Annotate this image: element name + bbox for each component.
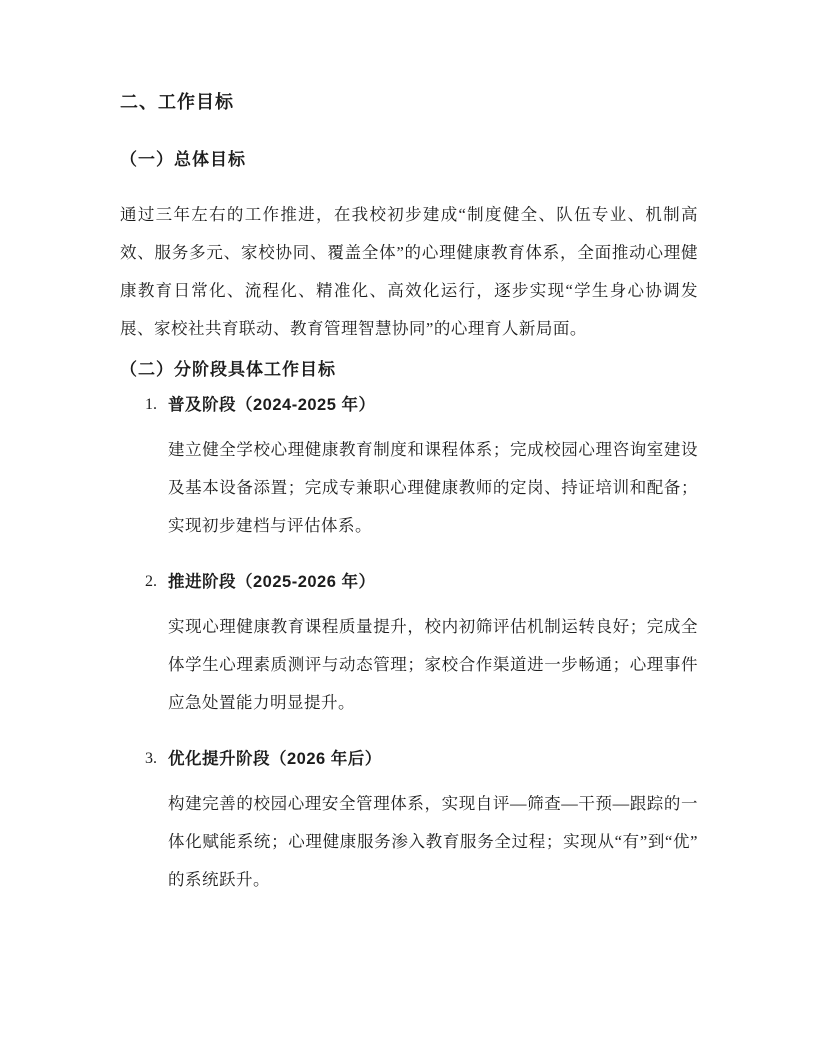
document-page: 二、工作目标 （一）总体目标 通过三年左右的工作推进，在我校初步建成“制度健全、…: [0, 0, 816, 1056]
stage-item-1: 1. 普及阶段（2024-2025 年） 建立健全学校心理健康教育制度和课程体系…: [120, 392, 698, 545]
stage-list: 1. 普及阶段（2024-2025 年） 建立健全学校心理健康教育制度和课程体系…: [120, 392, 698, 899]
heading-staged-goals: （二）分阶段具体工作目标: [120, 358, 698, 382]
stage-number: 3.: [145, 746, 157, 772]
overall-goal-paragraph: 通过三年左右的工作推进，在我校初步建成“制度健全、队伍专业、机制高效、服务多元、…: [120, 196, 698, 348]
stage-body: 构建完善的校园心理安全管理体系，实现自评—筛查—干预—跟踪的一体化赋能系统；心理…: [168, 785, 698, 899]
stage-title-advancement: 推进阶段（2025-2026 年）: [168, 569, 698, 595]
stage-body: 实现心理健康教育课程质量提升，校内初筛评估机制运转良好；完成全体学生心理素质测评…: [168, 608, 698, 722]
stage-item-3: 3. 优化提升阶段（2026 年后） 构建完善的校园心理安全管理体系，实现自评—…: [120, 746, 698, 899]
stage-body: 建立健全学校心理健康教育制度和课程体系；完成校园心理咨询室建设及基本设备添置；完…: [168, 431, 698, 545]
heading-work-goals: 二、工作目标: [120, 90, 698, 114]
stage-number: 1.: [145, 392, 157, 418]
heading-overall-goal: （一）总体目标: [120, 148, 698, 172]
stage-title-popularization: 普及阶段（2024-2025 年）: [168, 392, 698, 418]
stage-number: 2.: [145, 569, 157, 595]
stage-item-2: 2. 推进阶段（2025-2026 年） 实现心理健康教育课程质量提升，校内初筛…: [120, 569, 698, 722]
stage-title-optimization: 优化提升阶段（2026 年后）: [168, 746, 698, 772]
section-overall-goal: （一）总体目标 通过三年左右的工作推进，在我校初步建成“制度健全、队伍专业、机制…: [120, 148, 698, 348]
section-staged-goals: （二）分阶段具体工作目标 1. 普及阶段（2024-2025 年） 建立健全学校…: [120, 358, 698, 899]
